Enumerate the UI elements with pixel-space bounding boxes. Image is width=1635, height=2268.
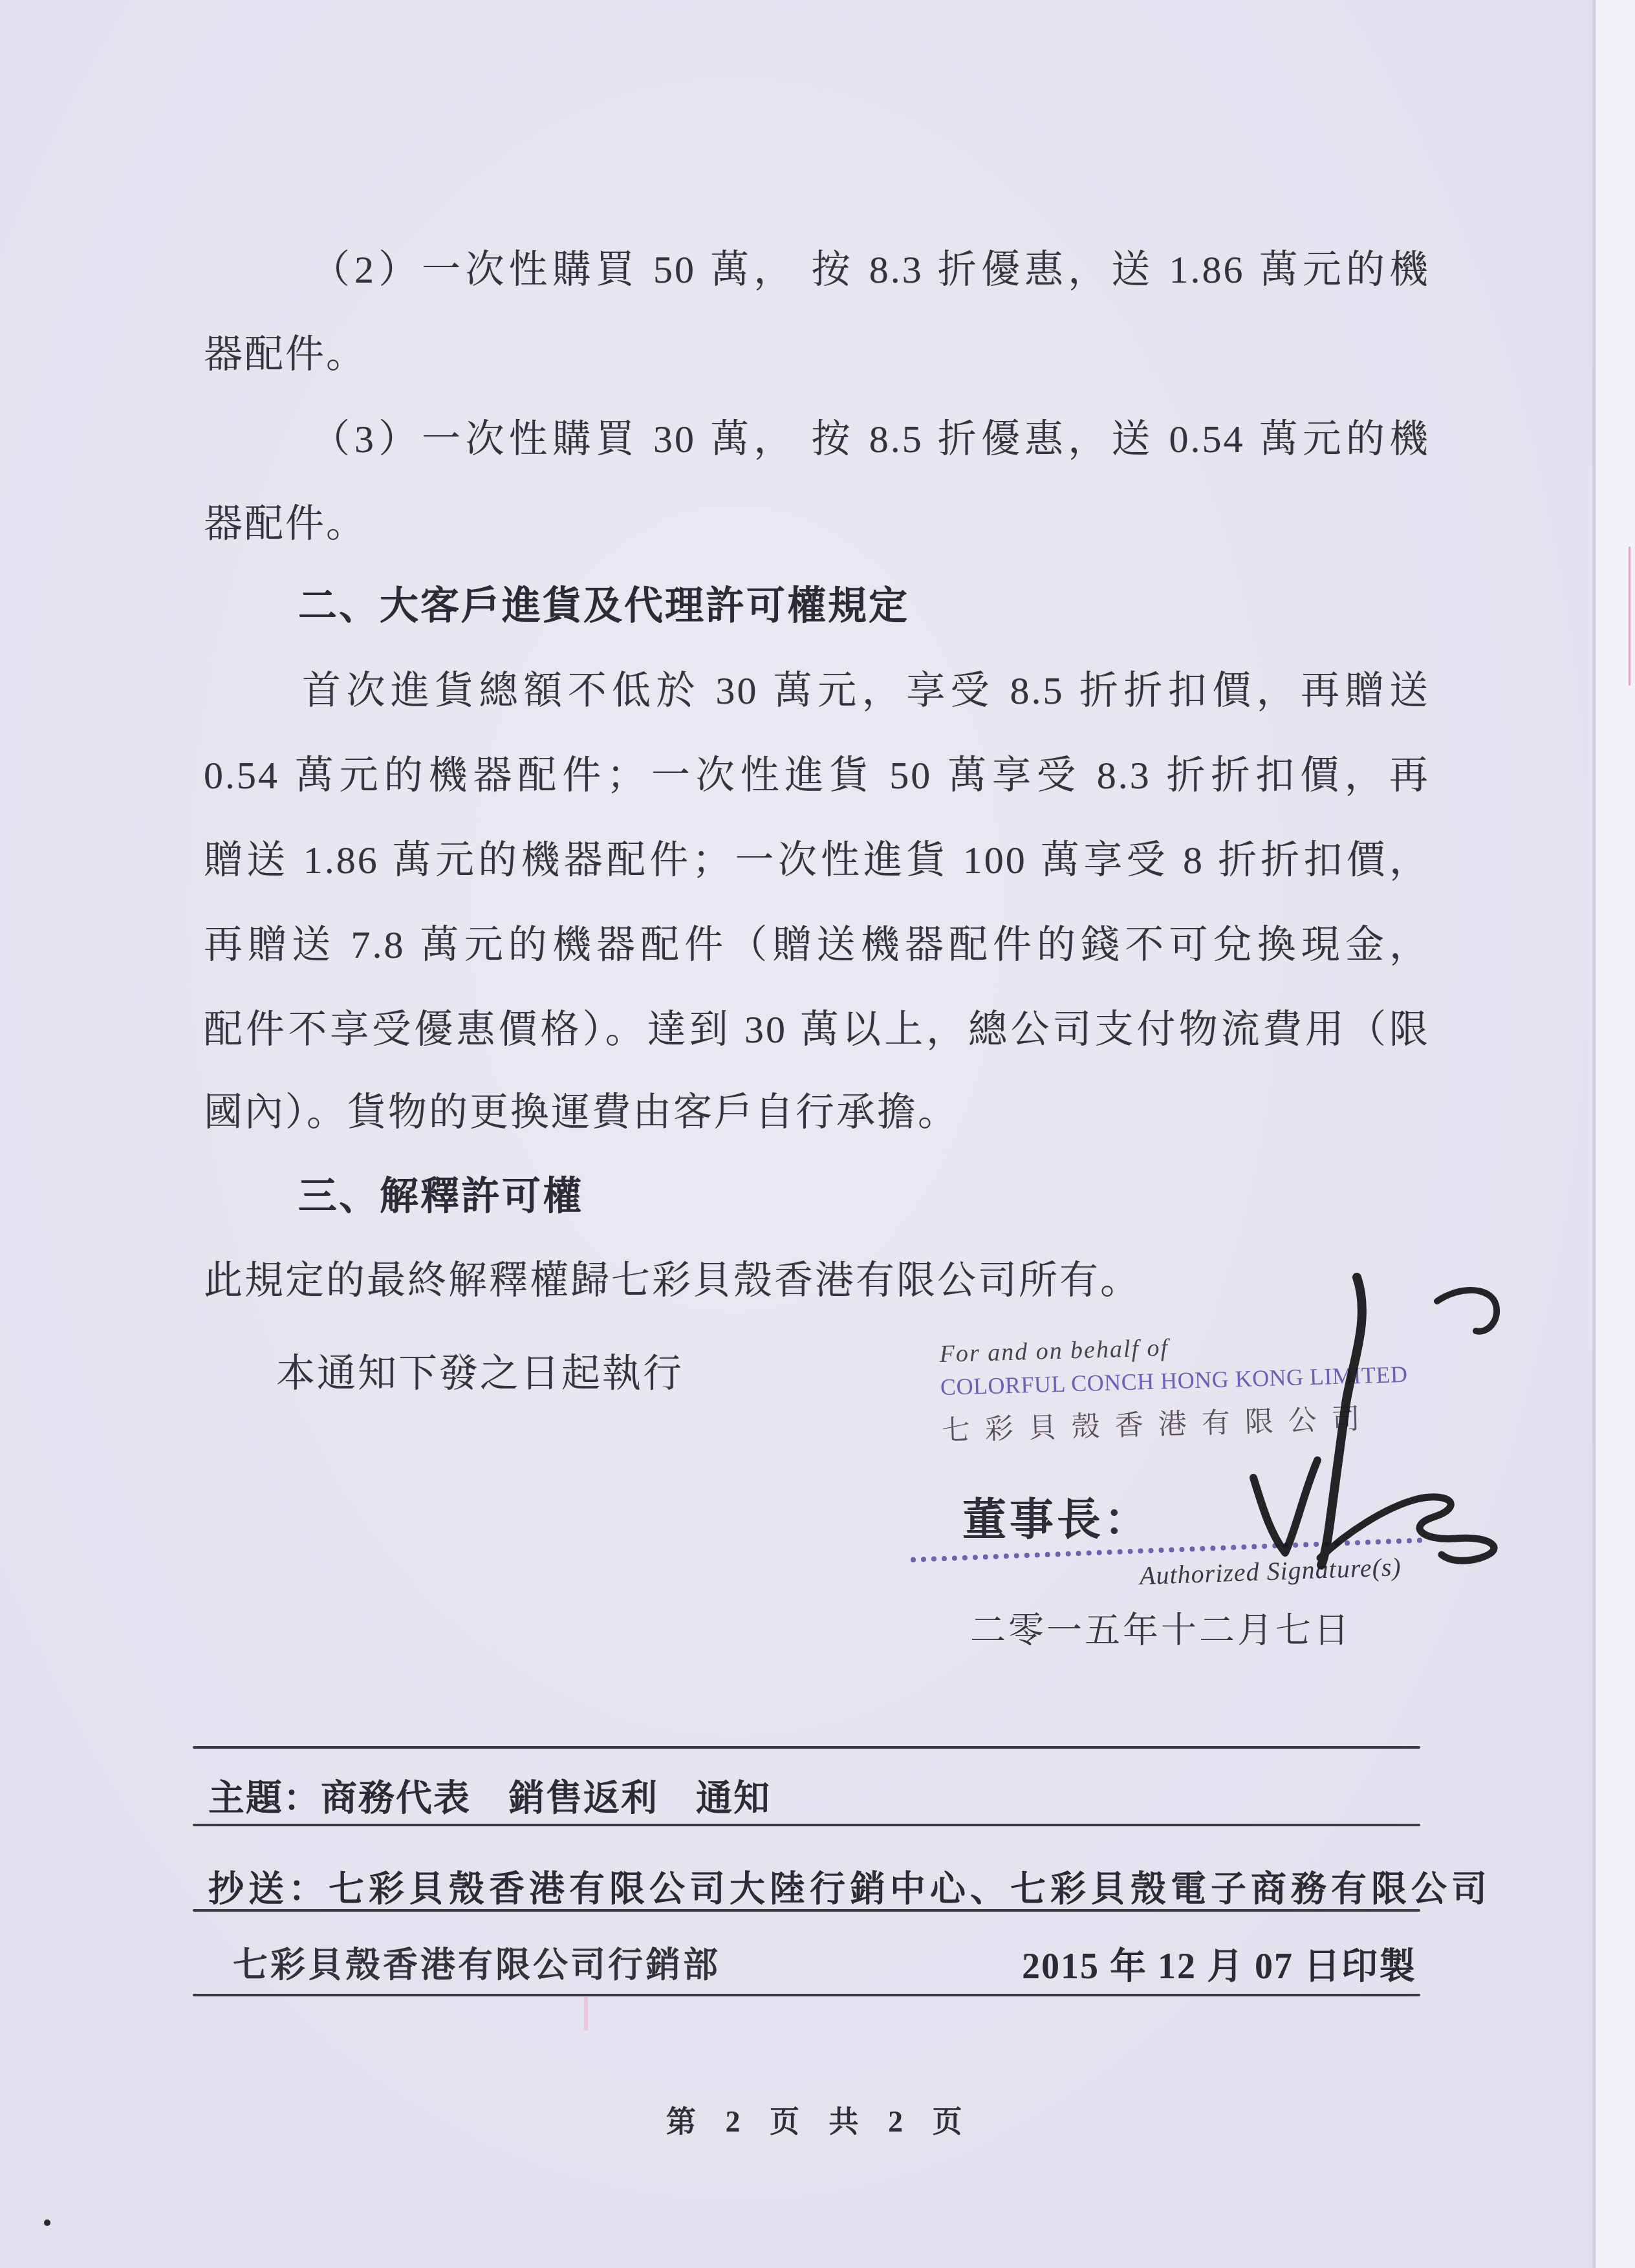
footer-rule-1 bbox=[193, 1746, 1420, 1749]
body-line-item3-cont: 器配件。 bbox=[204, 503, 1430, 545]
footer-cc-row: 抄送：七彩貝殼香港有限公司大陸行銷中心、七彩貝殼電子商務有限公司 bbox=[208, 1860, 1491, 1911]
footer-rule-3 bbox=[193, 1909, 1420, 1912]
company-stamp: For and on behalf of COLORFUL CONCH HONG… bbox=[939, 1327, 1409, 1449]
body-line-item2-cont: 器配件。 bbox=[204, 334, 1430, 376]
body-line-para5: 配件不享受優惠價格）。達到 30 萬以上，總公司支付物流費用（限 bbox=[204, 1009, 1430, 1051]
body-line-item3: （3）一次性購買 30 萬， 按 8.5 折優惠，送 0.54 萬元的機 bbox=[204, 418, 1430, 460]
footer-rule-4 bbox=[193, 1994, 1420, 1996]
scanned-notice-page: （2）一次性購買 50 萬， 按 8.3 折優惠，送 1.86 萬元的機 器配件… bbox=[0, 0, 1635, 2268]
body-line-para1: 首次進貨總額不低於 30 萬元，享受 8.5 折折扣價，再贈送 bbox=[204, 670, 1430, 712]
footer-rule-2 bbox=[193, 1824, 1420, 1826]
body-line-para4: 再贈送 7.8 萬元的機器配件（贈送機器配件的錢不可兌換現金， bbox=[204, 924, 1430, 966]
authorized-signature-label: Authorized Signature(s) bbox=[1139, 1551, 1402, 1591]
chairman-label: 董事長： bbox=[962, 1485, 1151, 1548]
body-line-interpretation: 此規定的最終解釋權歸七彩貝殼香港有限公司所有。 bbox=[204, 1260, 1430, 1302]
body-line-para3: 贈送 1.86 萬元的機器配件；一次性進貨 100 萬享受 8 折折扣價， bbox=[204, 839, 1430, 881]
footer-print-date: 2015 年 12 月 07 日印製 bbox=[1022, 1938, 1416, 1989]
body-line-para2: 0.54 萬元的機器配件；一次性進貨 50 萬享受 8.3 折折扣價，再 bbox=[204, 755, 1430, 797]
scanner-background-strip bbox=[1596, 0, 1635, 2268]
issue-date: 二零一五年十二月七日 bbox=[970, 1601, 1352, 1652]
section-heading-3: 三、解釋許可權 bbox=[204, 1176, 1430, 1218]
stamp-company-name-en: COLORFUL CONCH HONG KONG LIMITED bbox=[940, 1361, 1408, 1401]
body-line-item2: （2）一次性購買 50 萬， 按 8.3 折優惠，送 1.86 萬元的機 bbox=[204, 249, 1430, 291]
section-heading-2: 二、大客戶進貨及代理許可權規定 bbox=[204, 585, 1430, 627]
page-number: 第 2 页 共 2 页 bbox=[666, 2098, 973, 2141]
ink-dot-artifact bbox=[44, 2219, 50, 2226]
paper-edge-line bbox=[1592, 0, 1596, 2268]
footer-issuing-dept: 七彩貝殼香港有限公司行銷部 bbox=[233, 1938, 720, 1987]
red-edge-artifact bbox=[1629, 546, 1630, 686]
stamp-company-name-zh: 七彩貝殼香港有限公司 bbox=[941, 1394, 1409, 1449]
footer-subject-row: 主題：商務代表 銷售返利 通知 bbox=[208, 1769, 771, 1821]
body-line-para6: 國內）。貨物的更換運費由客戶自行承擔。 bbox=[204, 1092, 1430, 1134]
pink-streak-artifact bbox=[584, 1997, 588, 2031]
